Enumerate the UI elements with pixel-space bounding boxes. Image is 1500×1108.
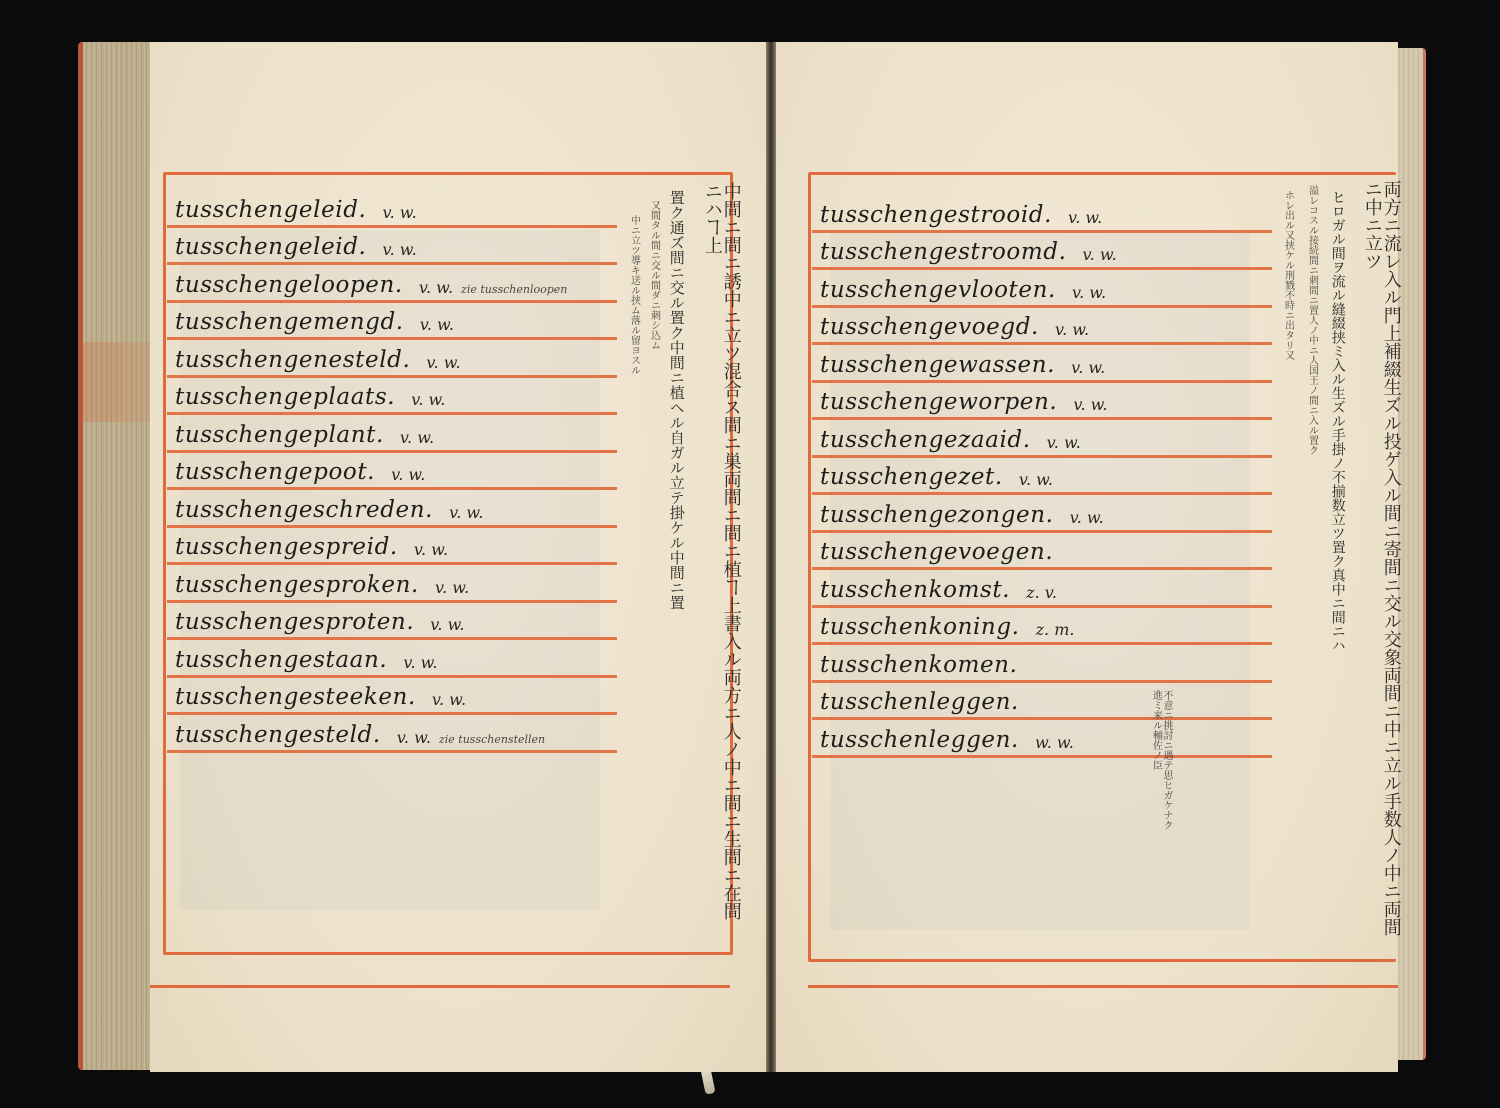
entry-row: tusschengevlooten.v. w. [812,270,1272,308]
headword: tusschengevoegd. [812,314,1039,342]
entry-row: tusschengeplaats.v. w. [167,378,617,416]
entry-row: tusschengesproken.v. w. [167,565,617,603]
grammar-label: v. w. [1055,320,1089,342]
entry-row: tusschengevoegen. [812,533,1272,571]
grammar-label: v. w. [426,353,460,375]
headword: tusschenkomen. [812,652,1018,680]
grammar-label: v. w. [430,615,464,637]
entry-row: tusschengeleid.v. w. [167,228,617,266]
entry-row: tusschenkomst.z. v. [812,570,1272,608]
entry-row: tusschenleggen. [812,683,1272,721]
cross-reference: zie tusschenloopen [461,283,567,300]
headword: tusschengezongen. [812,502,1054,530]
entry-row: tusschenleggen.w. w. [812,720,1272,758]
left-entry-list: tusschengeleid.v. w. tusschengeleid.v. w… [167,190,617,753]
grammar-label: v. w. [420,315,454,337]
grammar-label: v. w. [414,540,448,562]
headword: tusschengeloopen. [167,272,403,300]
entry-row: tusschengezet.v. w. [812,458,1272,496]
entry-row: tusschenkoning.z. m. [812,608,1272,646]
japanese-gloss-column: ホレ出ル又挟ケル刑戮不時ニ出タリ又 [1282,190,1293,840]
entry-row: tusschengeplant.v. w. [167,415,617,453]
entry-row: tusschengestroomd.v. w. [812,233,1272,271]
grammar-label: v. w. [419,278,453,300]
entry-row: tusschengespreid.v. w. [167,528,617,566]
japanese-gloss-column: 中間ニ間ニ誘中ニ立ツ混合ス間ニ巣両間ニ間ニ植ヿ上書入ル両方ニ人ノ中ニ間ニ生間ニ在… [702,182,740,922]
grammar-label: v. w. [1071,358,1105,380]
entry-row: tusschengesproten.v. w. [167,603,617,641]
grammar-label: v. w. [1047,433,1081,455]
entry-row: tusschengesteld.v. w.zie tusschenstellen [167,715,617,753]
grammar-label: v. w. [403,653,437,675]
grammar-label: v. w. [1019,470,1053,492]
headword: tusschengeplaats. [167,384,395,412]
grammar-label: v. w. [1068,208,1102,230]
headword: tusschengeworpen. [812,389,1057,417]
headword: tusschengesteeken. [167,684,416,712]
headword: tusschengestrooid. [812,202,1052,230]
entry-row: tusschengemengd.v. w. [167,303,617,341]
headword: tusschenleggen. [812,727,1019,755]
entry-row: tusschengestaan.v. w. [167,640,617,678]
headword: tusschengestroomd. [812,239,1067,267]
japanese-gloss-column: 中ニ立ツ導キ送ル挟ム落ル留ヨスル [628,215,639,855]
headword: tusschengewassen. [812,352,1055,380]
headword: tusschengeleid. [167,234,366,262]
entry-row: tusschengenesteld.v. w. [167,340,617,378]
entry-row: tusschengezaaid.v. w. [812,420,1272,458]
entry-row: tusschengepoot.v. w. [167,453,617,491]
japanese-gloss-column: 不意ニ挑討ニ遇テ思ヒガケナク進ミ来ル輔佐ノ臣 [1150,690,1171,830]
entry-row: tusschengewassen.v. w. [812,345,1272,383]
entry-row: tusschengevoegd.v. w. [812,308,1272,346]
japanese-gloss-column: 置ク通ズ間ニ交ル置ク中間ニ植ヘル自ガル立テ掛ケル中間ニ置 [668,190,684,920]
grammar-label: v. w. [391,465,425,487]
grammar-label: v. w. [449,503,483,525]
entry-row: tusschengestrooid.v. w. [812,195,1272,233]
grammar-label: v. w. [411,390,445,412]
grammar-label: z. v. [1026,583,1057,605]
left-bottom-rule [150,985,730,988]
headword: tusschengespreid. [167,534,398,562]
entry-row: tusschengeloopen.v. w.zie tusschenloopen [167,265,617,303]
grammar-label: v. w. [397,728,431,750]
right-bottom-rule [808,985,1398,988]
headword: tusschengevlooten. [812,277,1056,305]
grammar-label: v. w. [382,240,416,262]
japanese-gloss-column: 又間タル間ニ交ル間ダニ刺シ込ム [648,200,659,900]
entry-row: tusschengeschreden.v. w. [167,490,617,528]
headword: tusschenkoning. [812,614,1020,642]
grammar-label: v. w. [400,428,434,450]
headword: tusschengezaaid. [812,427,1031,455]
right-entry-list: tusschengestrooid.v. w. tusschengestroom… [812,195,1272,758]
grammar-label: v. w. [435,578,469,600]
red-stain [83,342,157,422]
headword: tusschengeleid. [167,197,366,225]
grammar-label: v. w. [382,203,416,225]
entry-row: tusschengesteeken.v. w. [167,678,617,716]
headword: tusschengezet. [812,464,1003,492]
headword: tusschenkomst. [812,577,1010,605]
grammar-label: v. w. [1083,245,1117,267]
japanese-gloss-column: ヒロガル間ヲ流ル縫綴挟ミ入ル生ズル手掛ノ不揃数立ツ置ク真中ニ間ニハ [1330,190,1345,920]
headword: tusschengemengd. [167,309,404,337]
entry-row: tusschengezongen.v. w. [812,495,1272,533]
headword: tusschengesproten. [167,609,414,637]
japanese-gloss-column: 溢レコスル接続間ニ刺間ニ置人ノ中ニ人国王ノ間ニ入ル置ク [1306,185,1317,885]
left-fore-edge [78,42,152,1070]
headword: tusschenleggen. [812,689,1019,717]
headword: tusschengesproken. [167,572,419,600]
headword: tusschengesteld. [167,722,381,750]
headword: tusschengeplant. [167,422,384,450]
headword: tusschengepoot. [167,459,375,487]
headword: tusschengeschreden. [167,497,433,525]
headword: tusschengestaan. [167,647,387,675]
grammar-label: v. w. [1073,395,1107,417]
grammar-label: w. w. [1035,733,1074,755]
book-gutter [766,42,776,1072]
grammar-label: z. m. [1036,620,1075,642]
entry-row: tusschengeleid.v. w. [167,190,617,228]
headword: tusschengenesteld. [167,347,410,375]
headword: tusschengevoegen. [812,539,1053,567]
entry-row: tusschenkomen. [812,645,1272,683]
grammar-label: v. w. [1072,283,1106,305]
grammar-label: v. w. [432,690,466,712]
grammar-label: v. w. [1070,508,1104,530]
japanese-gloss-column: 両方ニ流レ入ル門上補綴生ズル投ゲ入ル間ニ寄間ニ交ル交象両間ニ中ニ立ル手数人ノ中ニ… [1362,180,1400,940]
cross-reference: zie tusschenstellen [439,733,545,750]
entry-row: tusschengeworpen.v. w. [812,383,1272,421]
